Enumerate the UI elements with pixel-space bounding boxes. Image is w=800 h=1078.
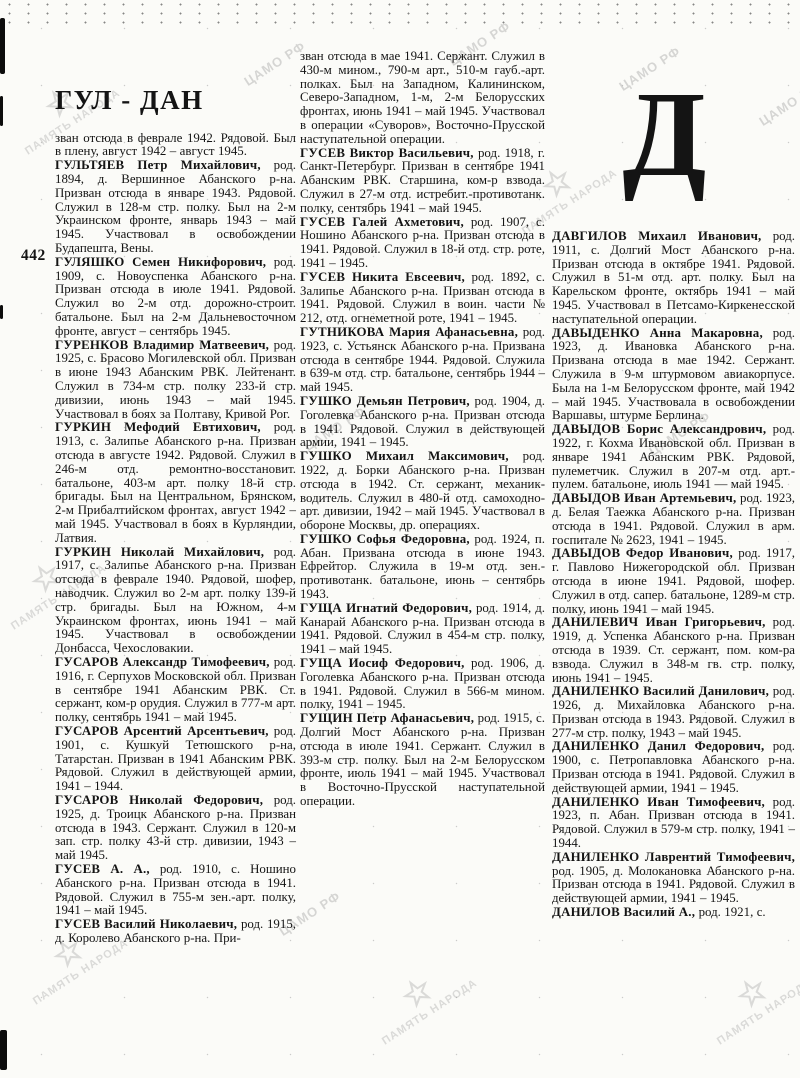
scan-noise-top-edge (0, 0, 800, 26)
entry-paragraph: ГУРКИН Николай Михайлович, род. 1917, с.… (55, 546, 296, 656)
column-right: Д ДАВГИЛОВ Михаил Иванович, род. 1911, с… (552, 56, 795, 920)
entry-paragraph: ДАВГИЛОВ Михаил Иванович, род. 1911, с. … (552, 230, 795, 327)
continuation-paragraph: зван отсюда в феврале 1942. Рядовой. Был… (55, 132, 296, 160)
entry-paragraph: ГУЩА Иосиф Федорович, род. 1906, д. Гого… (300, 657, 545, 712)
entry-paragraph: ДАВЫДОВ Борис Александрович, род. 1922, … (552, 423, 795, 492)
entry-paragraph: ДАНИЛЕНКО Данил Федорович, род. 1900, с.… (552, 740, 795, 795)
entry-paragraph: ДАВЫДОВ Иван Артемьевич, род. 1923, д. Б… (552, 492, 795, 547)
star-icon: ☆ (730, 970, 774, 1015)
column-middle: зван отсюда в мае 1941. Сержант. Служил … (300, 50, 545, 809)
entry-name: ГУЛЯШКО Семен Никифорович, (55, 255, 266, 269)
entry-name: ГУСЕВ А. А., (55, 862, 150, 876)
star-icon: ☆ (395, 970, 439, 1015)
column-left: ГУЛ - ДАН зван отсюда в феврале 1942. Ря… (55, 86, 296, 946)
entry-paragraph: ГУСЕВ А. А., род. 1910, с. Ношино Абанск… (55, 863, 296, 918)
running-header: ГУЛ - ДАН (55, 86, 296, 116)
column-left-entries: зван отсюда в феврале 1942. Рядовой. Был… (55, 132, 296, 946)
section-letter: Д (552, 74, 777, 196)
entry-paragraph: ГУШКО Михаил Максимович, род. 1922, д. Б… (300, 450, 545, 533)
watermark-pamyat-naroda: ☆ПАМЯТЬ НАРОДА (696, 949, 800, 1048)
entry-name: ГУСАРОВ Арсентий Арсентьевич, (55, 724, 269, 738)
entry-name: ГУШКО Демьян Петрович, (300, 394, 470, 408)
entry-paragraph: ГУЛЯШКО Семен Никифорович, род. 1909, с.… (55, 256, 296, 339)
entry-name: ГУРКИН Мефодий Евтихович, (55, 420, 261, 434)
continuation-paragraph: зван отсюда в мае 1941. Сержант. Служил … (300, 50, 545, 147)
entry-paragraph: ГУШКО Софья Федоровна, род. 1924, п. Аба… (300, 533, 545, 602)
entry-name: ДАНИЛОВ Василий А., (552, 905, 695, 919)
entry-paragraph: ДАНИЛЕНКО Василий Данилович, род. 1926, … (552, 685, 795, 740)
watermark-pamyat-naroda: ☆ПАМЯТЬ НАРОДА (361, 949, 479, 1048)
entry-name: ДАНИЛЕВИЧ Иван Григорьевич, (552, 615, 766, 629)
entry-name: ГУЩА Иосиф Федорович, (300, 656, 465, 670)
scan-edge-mark (0, 1030, 7, 1070)
entry-name: ДАНИЛЕНКО Василий Данилович, (552, 684, 769, 698)
entry-paragraph: ГУШКО Демьян Петрович, род. 1904, д. Гог… (300, 395, 545, 450)
entry-paragraph: ГУРЕНКОВ Владимир Матвеевич, род. 1925, … (55, 339, 296, 422)
entry-paragraph: ДАНИЛЕНКО Иван Тимофеевич, род. 1923, п.… (552, 796, 795, 851)
scan-edge-mark (0, 96, 3, 126)
entry-name: ГУШКО Софья Федоровна, (300, 532, 470, 546)
entry-paragraph: ГУСЕВ Никита Евсеевич, род. 1892, с. Зал… (300, 271, 545, 326)
entry-name: ГУЩИН Петр Афанасьевич, (300, 711, 474, 725)
entry-name: ДАВГИЛОВ Михаил Иванович, (552, 229, 761, 243)
entry-paragraph: ГУЩА Игнатий Федорович, род. 1914, д. Ка… (300, 602, 545, 657)
entry-name: ГУСЕВ Виктор Васильевич, (300, 146, 474, 160)
entry-paragraph: ГУТНИКОВА Мария Афанасьевна, род. 1923, … (300, 326, 545, 395)
entry-name: ГУЛЬТЯЕВ Петр Михайлович, (55, 158, 261, 172)
scanned-book-page: ЦАМО РФ ЦАМО РФ ЦАМО РФ ЦАМО РФ ЦАМО РФ … (0, 0, 800, 1078)
entry-name: ДАВЫДЕНКО Анна Макаровна, (552, 326, 763, 340)
entry-name: ДАВЫДОВ Федор Иванович, (552, 546, 733, 560)
entry-paragraph: ДАВЫДОВ Федор Иванович, род. 1917, г. Па… (552, 547, 795, 616)
entry-name: ГУШКО Михаил Максимович, (300, 449, 509, 463)
entry-name: ГУЩА Игнатий Федорович, (300, 601, 472, 615)
entry-name: ГУТНИКОВА Мария Афанасьевна, (300, 325, 518, 339)
entry-name: ДАВЫДОВ Иван Артемьевич, (552, 491, 736, 505)
entry-name: ГУСЕВ Никита Евсеевич, (300, 270, 465, 284)
entry-name: ГУСЕВ Галей Ахметович, (300, 215, 464, 229)
entry-paragraph: ГУЩИН Петр Афанасьевич, род. 1915, с. До… (300, 712, 545, 809)
entry-name: ГУРЕНКОВ Владимир Матвеевич, (55, 338, 269, 352)
entry-name: ДАНИЛЕНКО Данил Федорович, (552, 739, 764, 753)
entry-name: ДАНИЛЕНКО Лаврентий Тимофеевич, (552, 850, 795, 864)
entry-paragraph: ГУСЕВ Виктор Васильевич, род. 1918, г. С… (300, 147, 545, 216)
entry-paragraph: ГУСЕВ Галей Ахметович, род. 1907, с. Нош… (300, 216, 545, 271)
entry-paragraph: ДАНИЛЕНКО Лаврентий Тимофеевич, род. 190… (552, 851, 795, 906)
entry-name: ГУСАРОВ Александр Тимофеевич, (55, 655, 270, 669)
entry-name: ГУРКИН Николай Михайлович, (55, 545, 264, 559)
entry-paragraph: ДАНИЛОВ Василий А., род. 1921, с. (552, 906, 795, 920)
scan-edge-mark (0, 18, 5, 74)
column-middle-entries: зван отсюда в мае 1941. Сержант. Служил … (300, 50, 545, 809)
page-number: 442 (21, 247, 46, 265)
entry-paragraph: ГУСАРОВ Арсентий Арсентьевич, род. 1901,… (55, 725, 296, 794)
entry-paragraph: ГУСЕВ Василий Николаевич, род. 1915, д. … (55, 918, 296, 946)
entry-name: ГУСАРОВ Николай Федорович, (55, 793, 263, 807)
entry-name: ДАВЫДОВ Борис Александрович, (552, 422, 766, 436)
scan-edge-mark (0, 305, 3, 319)
entry-paragraph: ДАВЫДЕНКО Анна Макаровна, род. 1923, д. … (552, 327, 795, 424)
entry-paragraph: ГУСАРОВ Николай Федорович, род. 1925, д.… (55, 794, 296, 863)
entry-name: ДАНИЛЕНКО Иван Тимофеевич, (552, 795, 765, 809)
entry-paragraph: ДАНИЛЕВИЧ Иван Григорьевич, род. 1919, д… (552, 616, 795, 685)
entry-name: ГУСЕВ Василий Николаевич, (55, 917, 237, 931)
column-right-entries: ДАВГИЛОВ Михаил Иванович, род. 1911, с. … (552, 230, 795, 920)
entry-paragraph: ГУСАРОВ Александр Тимофеевич, род. 1916,… (55, 656, 296, 725)
entry-paragraph: ГУРКИН Мефодий Евтихович, род. 1913, с. … (55, 421, 296, 545)
entry-paragraph: ГУЛЬТЯЕВ Петр Михайлович, род. 1894, д. … (55, 159, 296, 256)
